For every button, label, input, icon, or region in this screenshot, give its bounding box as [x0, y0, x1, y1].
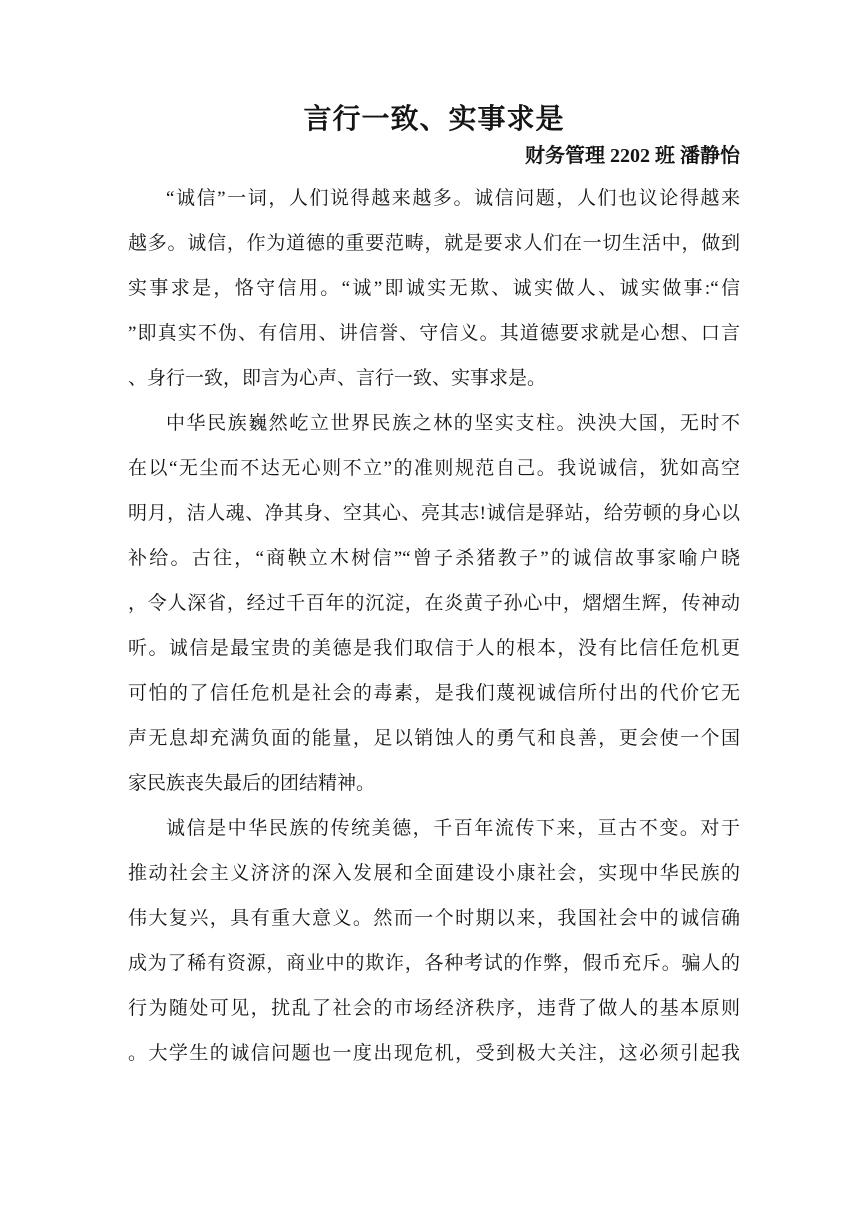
text-line: 听。诚信是最宝贵的美德是我们取信于人的根本，没有比信任危机更: [128, 626, 740, 671]
text-line: 家民族丧失最后的团结精神。: [128, 761, 740, 806]
text-line: 、身行一致，即言为心声、言行一致、实事求是。: [128, 356, 740, 401]
text-line: 明月，洁人魂、净其身、空其心、亮其志!诚信是驿站，给劳顿的身心以: [128, 491, 740, 536]
text-line: 补给。古往，“商鞅立木树信”“曾子杀猪教子”的诚信故事家喻户晓: [128, 536, 740, 581]
text-line: ”即真实不伪、有信用、讲信誉、守信义。其道德要求就是心想、口言: [128, 311, 740, 356]
text-line: 诚信是中华民族的传统美德，千百年流传下来，亘古不变。对于: [128, 806, 740, 851]
text-line: 可怕的了信任危机是社会的毒素，是我们蔑视诚信所付出的代价它无: [128, 671, 740, 716]
text-line: 越多。诚信，作为道德的重要范畴，就是要求人们在一切生活中，做到: [128, 221, 740, 266]
document-title: 言行一致、实事求是: [128, 101, 740, 139]
text-line: 行为随处可见，扰乱了社会的市场经济秩序，违背了做人的基本原则: [128, 986, 740, 1031]
document-page: 言行一致、实事求是 财务管理 2202 班 潘静怡 “诚信”一词，人们说得越来越…: [0, 0, 864, 1222]
text-line: 中华民族巍然屹立世界民族之林的坚实支柱。泱泱大国，无时不: [128, 401, 740, 446]
text-line: 在以“无尘而不达无心则不立”的准则规范自己。我说诚信，犹如高空: [128, 446, 740, 491]
text-line: 。大学生的诚信问题也一度出现危机，受到极大关注，这必须引起我: [128, 1031, 740, 1076]
text-line: 实事求是，恪守信用。“诚”即诚实无欺、诚实做人、诚实做事:“信: [128, 266, 740, 311]
text-line: 推动社会主义济济的深入发展和全面建设小康社会，实现中华民族的: [128, 851, 740, 896]
text-line: 伟大复兴，具有重大意义。然而一个时期以来，我国社会中的诚信确: [128, 896, 740, 941]
text-line: ，令人深省，经过千百年的沉淀，在炎黄子孙心中，熠熠生辉，传神动: [128, 581, 740, 626]
author-byline: 财务管理 2202 班 潘静怡: [128, 143, 740, 170]
text-line: 成为了稀有资源，商业中的欺诈，各种考试的作弊，假币充斥。骗人的: [128, 941, 740, 986]
text-line: 声无息却充满负面的能量，足以销蚀人的勇气和良善，更会使一个国: [128, 716, 740, 761]
document-body: “诚信”一词，人们说得越来越多。诚信问题，人们也议论得越来越多。诚信，作为道德的…: [128, 176, 740, 1076]
text-line: “诚信”一词，人们说得越来越多。诚信问题，人们也议论得越来: [128, 176, 740, 221]
